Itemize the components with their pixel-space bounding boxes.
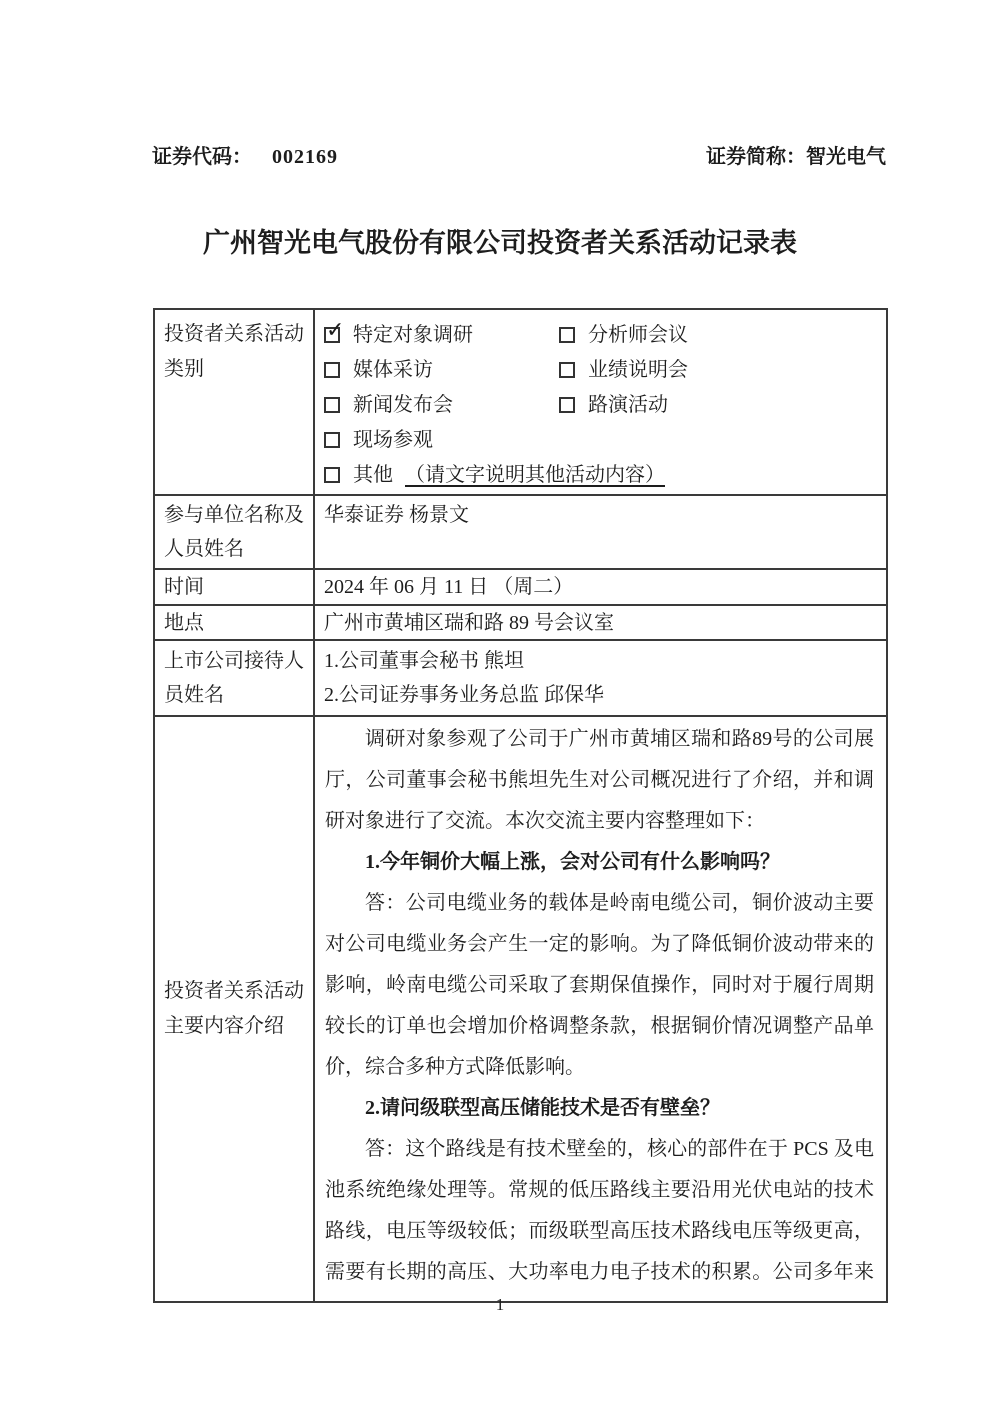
activity-type-options: ✓ 特定对象调研 分析师会议 媒体采访 业绩说明会 [314, 309, 887, 495]
option-earnings-briefing: 业绩说明会 [559, 353, 688, 387]
checkbox-line: ✓ 特定对象调研 分析师会议 [324, 317, 878, 352]
answer-2: 答：这个路线是有技术壁垒的，核心的部件在于 PCS 及电池系统绝缘处理等。常规的… [325, 1129, 874, 1301]
record-table: 投资者关系活动类别 ✓ 特定对象调研 分析师会议 媒体采访 [153, 308, 888, 1303]
question-2: 2.请问级联型高压储能技术是否有壁垒？ [325, 1088, 874, 1129]
option-analyst-meeting: 分析师会议 [559, 318, 688, 352]
checkbox-line: 现场参观 [324, 422, 878, 457]
option-site-visit: 现场参观 [324, 423, 433, 457]
stock-name: 证券简称：智光电气 [706, 140, 886, 169]
unchecked-checkbox[interactable] [324, 397, 340, 413]
unchecked-checkbox[interactable] [324, 432, 340, 448]
row-label-participants: 参与单位名称及人员姓名 [154, 495, 314, 569]
option-other: 其他 （请文字说明其他活动内容） [324, 458, 665, 492]
receiver-line: 1.公司董事会秘书 熊坦 [324, 644, 878, 678]
table-row-main-content: 投资者关系活动主要内容介绍 调研对象参观了公司于广州市黄埔区瑞和路89号的公司展… [154, 716, 887, 1302]
intro-paragraph: 调研对象参观了公司于广州市黄埔区瑞和路89号的公司展厅，公司董事会秘书熊坦先生对… [325, 719, 874, 842]
checkbox-line: 媒体采访 业绩说明会 [324, 352, 878, 387]
option-press-conference: 新闻发布会 [324, 388, 559, 422]
option-special-research: ✓ 特定对象调研 [324, 318, 559, 352]
option-label: 新闻发布会 [353, 388, 453, 422]
option-label: 其他 [353, 458, 393, 492]
table-row-company-receivers: 上市公司接待人员姓名 1.公司董事会秘书 熊坦 2.公司证券事务业务总监 邱保华 [154, 640, 887, 716]
table-row-participants: 参与单位名称及人员姓名 华泰证券 杨景文 [154, 495, 887, 569]
time-value: 2024 年 06 月 11 日 （周二） [314, 569, 887, 605]
option-media-interview: 媒体采访 [324, 353, 559, 387]
answer-1: 答：公司电缆业务的载体是岭南电缆公司，铜价波动主要对公司电缆业务会产生一定的影响… [325, 883, 874, 1088]
stock-code-label: 证券代码： [152, 146, 252, 168]
page-number: 1 [0, 1295, 1000, 1315]
question-1: 1.今年铜价大幅上涨，会对公司有什么影响吗？ [325, 842, 874, 883]
checkbox-line: 新闻发布会 路演活动 [324, 387, 878, 422]
option-label: 分析师会议 [588, 318, 688, 352]
location-value: 广州市黄埔区瑞和路 89 号会议室 [314, 605, 887, 640]
table-row-location: 地点 广州市黄埔区瑞和路 89 号会议室 [154, 605, 887, 640]
main-content-text: 调研对象参观了公司于广州市黄埔区瑞和路89号的公司展厅，公司董事会秘书熊坦先生对… [325, 719, 874, 1301]
unchecked-checkbox[interactable] [559, 397, 575, 413]
stock-name-label: 证券简称： [706, 146, 806, 168]
participants-value: 华泰证券 杨景文 [314, 495, 887, 569]
stock-code: 证券代码：002169 [152, 140, 338, 169]
unchecked-checkbox[interactable] [324, 467, 340, 483]
row-label-location: 地点 [154, 605, 314, 640]
company-receivers-value: 1.公司董事会秘书 熊坦 2.公司证券事务业务总监 邱保华 [314, 640, 887, 716]
stock-code-value: 002169 [272, 146, 338, 168]
page-title: 广州智光电气股份有限公司投资者关系活动记录表 [0, 221, 1000, 260]
checked-checkbox[interactable]: ✓ [324, 327, 340, 343]
unchecked-checkbox[interactable] [559, 362, 575, 378]
unchecked-checkbox[interactable] [324, 362, 340, 378]
table-row-activity-type: 投资者关系活动类别 ✓ 特定对象调研 分析师会议 媒体采访 [154, 309, 887, 495]
option-label: 现场参观 [353, 423, 433, 457]
other-description-hint: （请文字说明其他活动内容） [405, 458, 665, 492]
row-label-company-receivers: 上市公司接待人员姓名 [154, 640, 314, 716]
row-label-time: 时间 [154, 569, 314, 605]
option-label: 路演活动 [588, 388, 668, 422]
check-icon: ✓ [326, 320, 344, 342]
table-row-time: 时间 2024 年 06 月 11 日 （周二） [154, 569, 887, 605]
row-label-activity-type: 投资者关系活动类别 [154, 309, 314, 495]
main-content: 调研对象参观了公司于广州市黄埔区瑞和路89号的公司展厅，公司董事会秘书熊坦先生对… [314, 716, 887, 1302]
document-header: 证券代码：002169 证券简称：智光电气 [152, 140, 886, 169]
row-label-main-content: 投资者关系活动主要内容介绍 [154, 716, 314, 1302]
option-label: 业绩说明会 [588, 353, 688, 387]
option-roadshow: 路演活动 [559, 388, 668, 422]
checkbox-line: 其他 （请文字说明其他活动内容） [324, 457, 878, 492]
stock-name-value: 智光电气 [806, 146, 886, 168]
unchecked-checkbox[interactable] [559, 327, 575, 343]
receiver-line: 2.公司证券事务业务总监 邱保华 [324, 678, 878, 712]
option-label: 特定对象调研 [353, 318, 473, 352]
option-label: 媒体采访 [353, 353, 433, 387]
